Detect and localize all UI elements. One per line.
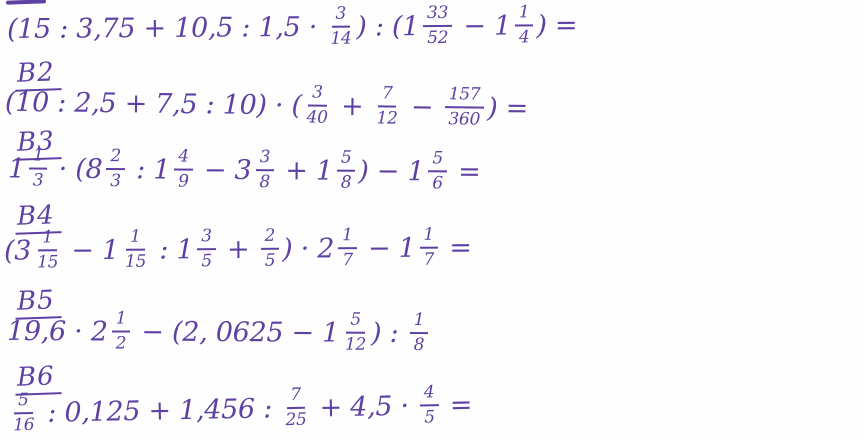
mixed-number: 149 [153, 148, 196, 190]
denominator: 14 [328, 28, 353, 48]
denominator: 9 [176, 171, 191, 191]
denominator: 2 [114, 332, 129, 352]
denominator: 7 [422, 249, 437, 269]
math-text: + [333, 92, 372, 119]
denominator: 8 [412, 334, 427, 354]
denominator: 40 [305, 106, 330, 126]
whole-number: 2 [317, 235, 334, 262]
numerator: 3 [197, 228, 216, 250]
denominator: 6 [430, 172, 445, 192]
math-text: − [196, 156, 235, 183]
mixed-number: 117 [398, 227, 441, 269]
math-text: : [151, 236, 177, 263]
fraction: 115 [35, 229, 60, 271]
whole-number: 1 [8, 155, 25, 182]
fraction: 38 [255, 149, 274, 191]
math-text: − [455, 12, 494, 39]
fraction: 35 [197, 228, 216, 270]
mixed-number: 1115 [102, 229, 151, 271]
math-text: + 4,5 · [311, 392, 417, 421]
mixed-number: 823 [85, 148, 128, 190]
mixed-number: 217 [317, 227, 360, 269]
mixed-number: 212 [91, 310, 134, 352]
mixed-number: 3115 [14, 229, 63, 271]
denominator: 12 [374, 107, 399, 127]
denominator: 15 [123, 251, 148, 271]
fraction: 3352 [423, 5, 452, 47]
math-text: 19,6 · [7, 317, 91, 344]
numerator: 5 [428, 150, 447, 172]
denominator: 3 [31, 170, 46, 190]
numerator: 5 [346, 312, 365, 334]
mixed-number: 338 [234, 149, 277, 191]
whole-number: 1 [402, 13, 419, 40]
whole-number: 3 [14, 237, 31, 264]
denominator: 52 [425, 27, 450, 47]
fraction: 340 [305, 84, 331, 126]
denominator: 16 [11, 414, 36, 434]
math-text: ) = [487, 94, 528, 121]
mixed-number: 135 [176, 228, 219, 270]
whole-number: 8 [85, 155, 102, 182]
denominator: 3 [108, 170, 123, 190]
numerator: 2 [106, 148, 125, 170]
math-text: ) − [358, 157, 407, 184]
denominator: 25 [283, 409, 308, 429]
expression: (15 : 3,75 + 10,5 : 1,5 · 314) : (13352 … [7, 4, 578, 50]
denominator: 5 [263, 250, 278, 270]
fraction: 13 [29, 147, 48, 189]
numerator: 3 [256, 149, 275, 171]
numerator: 2 [261, 228, 280, 250]
numerator: 5 [337, 150, 356, 172]
fraction: 49 [174, 149, 193, 191]
denominator: 8 [257, 171, 272, 191]
math-text: ) : ( [356, 13, 402, 40]
math-text: − [63, 236, 102, 263]
math-text: − [360, 234, 399, 261]
math-text: = [441, 391, 472, 419]
numerator: 3 [331, 6, 350, 28]
fraction: 314 [328, 6, 353, 48]
numerator: 4 [174, 149, 193, 171]
fraction: 17 [419, 227, 438, 269]
mixed-number: 13352 [402, 5, 455, 47]
numerator: 1 [29, 147, 48, 169]
worksheet: (15 : 3,75 + 10,5 : 1,5 · 314) : (13352 … [0, 0, 864, 439]
math-text: + [277, 157, 316, 184]
denominator: 12 [343, 334, 368, 354]
denominator: 15 [35, 251, 60, 271]
math-text: + [219, 235, 258, 262]
numerator: 5 [14, 392, 33, 414]
whole-number: 1 [322, 319, 339, 346]
whole-number: 1 [153, 156, 170, 183]
whole-number: 3 [235, 156, 252, 183]
fraction: 23 [106, 148, 125, 190]
numerator: 7 [286, 387, 305, 409]
denominator: 5 [422, 406, 437, 426]
math-text: ) · [282, 235, 317, 262]
fraction: 157360 [444, 86, 484, 128]
math-text: (15 : 3,75 + 10,5 : 1,5 · [7, 13, 326, 42]
math-text: (10 : 2,5 + 7,5 : 10) · ( [5, 88, 302, 119]
whole-number: 1 [399, 234, 416, 261]
whole-number: 2 [91, 318, 108, 345]
math-text: : 0,125 + 1,456 : [39, 395, 281, 427]
fraction: 18 [410, 312, 429, 354]
numerator: 7 [378, 85, 397, 107]
fraction: 725 [283, 387, 309, 429]
math-text: · ( [50, 155, 85, 182]
fraction: 712 [374, 85, 400, 127]
expression: (10 : 2,5 + 7,5 : 10) · (340 + 712 − 157… [5, 81, 529, 129]
expression: 516 : 0,125 + 1,456 : 725 + 4,5 · 45 = [8, 384, 473, 435]
problem-label [6, 0, 46, 5]
mixed-number: 114 [494, 4, 537, 46]
math-text: ( [4, 237, 14, 264]
math-text: − [403, 93, 442, 120]
numerator: 1 [338, 227, 357, 249]
fraction: 14 [515, 4, 534, 46]
numerator: 1 [419, 227, 438, 249]
fraction: 115 [123, 229, 148, 271]
math-text: = [441, 234, 472, 261]
numerator: 1 [38, 229, 57, 251]
numerator: 4 [420, 384, 439, 406]
fraction: 17 [338, 227, 357, 269]
whole-number: 1 [407, 158, 424, 185]
math-text: = [450, 158, 481, 185]
numerator: 1 [410, 312, 429, 334]
mixed-number: 113 [8, 147, 51, 189]
fraction: 45 [420, 384, 439, 426]
math-text: ) : [371, 319, 407, 346]
fraction: 25 [261, 228, 280, 270]
expression: (3115 − 1115 : 135 + 25) · 217 − 117 = [4, 226, 472, 271]
math-text: : [128, 156, 154, 183]
mixed-number: 156 [407, 150, 450, 192]
whole-number: 1 [176, 236, 193, 263]
numerator: 157 [445, 86, 485, 108]
numerator: 3 [308, 85, 327, 107]
expression: 113 · (823 : 149 − 338 + 158) − 156 = [8, 147, 481, 192]
whole-number: 1 [102, 236, 119, 263]
denominator: 7 [340, 249, 355, 269]
expression: 19,6 · 212 − (2, 0625 − 1512) : 18 [7, 310, 431, 354]
numerator: 1 [112, 310, 131, 332]
math-text: − (2, 0625 − [133, 318, 322, 346]
numerator: 1 [126, 229, 145, 251]
whole-number: 1 [494, 12, 511, 39]
math-text: ) = [536, 12, 577, 39]
fraction: 58 [337, 150, 356, 192]
numerator: 33 [423, 5, 452, 27]
numerator: 1 [515, 4, 534, 26]
mixed-number: 1512 [322, 312, 371, 354]
fraction: 12 [112, 310, 131, 352]
denominator: 4 [517, 26, 532, 46]
fraction: 512 [343, 312, 368, 354]
whole-number: 1 [316, 157, 333, 184]
denominator: 360 [446, 108, 482, 128]
fraction: 516 [11, 392, 37, 434]
denominator: 5 [199, 250, 214, 270]
denominator: 8 [339, 172, 354, 192]
fraction: 56 [428, 150, 447, 192]
mixed-number: 158 [316, 150, 359, 192]
